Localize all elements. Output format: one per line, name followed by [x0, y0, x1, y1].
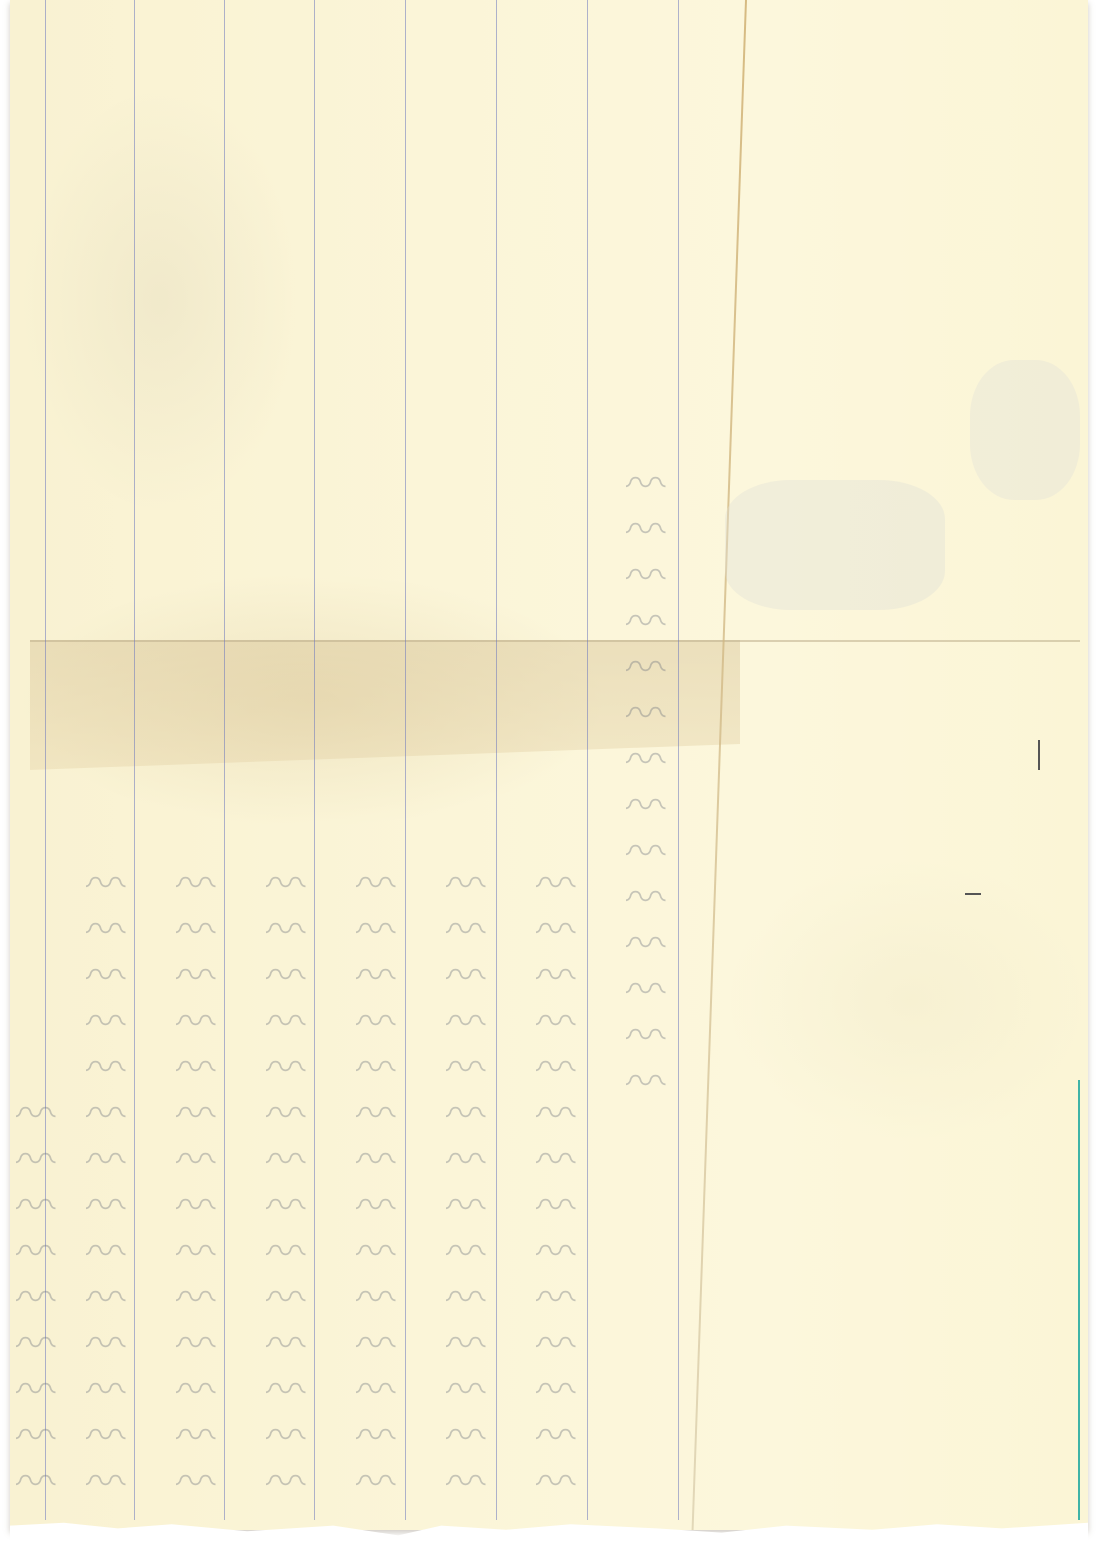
handwriting-line: 〰〰〰〰〰〰〰〰〰	[10, 0, 80, 1500]
handwriting-line: 〰〰〰〰〰〰〰〰〰〰〰〰〰〰	[440, 0, 510, 1500]
handwriting-line: 〰〰〰〰〰〰〰〰〰〰〰〰〰〰	[350, 0, 420, 1500]
handwriting-line: 〰〰〰〰〰〰〰〰〰〰〰〰〰〰	[170, 0, 240, 1500]
margin-line	[1078, 1080, 1080, 1520]
handwriting-line: 〰〰〰〰〰〰〰〰〰〰〰〰〰〰	[530, 0, 600, 1500]
handwriting-line: 〰〰〰〰〰〰〰〰〰〰〰〰〰〰	[620, 0, 690, 1100]
handwriting-line: 〰〰〰〰〰〰〰〰〰〰〰〰〰〰	[80, 0, 150, 1500]
pencil-mark	[965, 893, 981, 895]
handwriting-line: 〰〰〰〰〰〰〰〰〰〰〰〰〰〰	[260, 0, 330, 1500]
paper-damage	[970, 360, 1080, 500]
notebook-page: 〰〰〰〰〰〰〰〰〰 〰〰〰〰〰〰〰〰〰〰〰〰〰〰 〰〰〰〰〰〰〰〰〰〰〰〰〰〰 …	[10, 0, 1088, 1530]
paper-damage	[725, 480, 945, 610]
pencil-mark	[1038, 740, 1040, 770]
vertical-fold-line	[692, 0, 747, 1530]
